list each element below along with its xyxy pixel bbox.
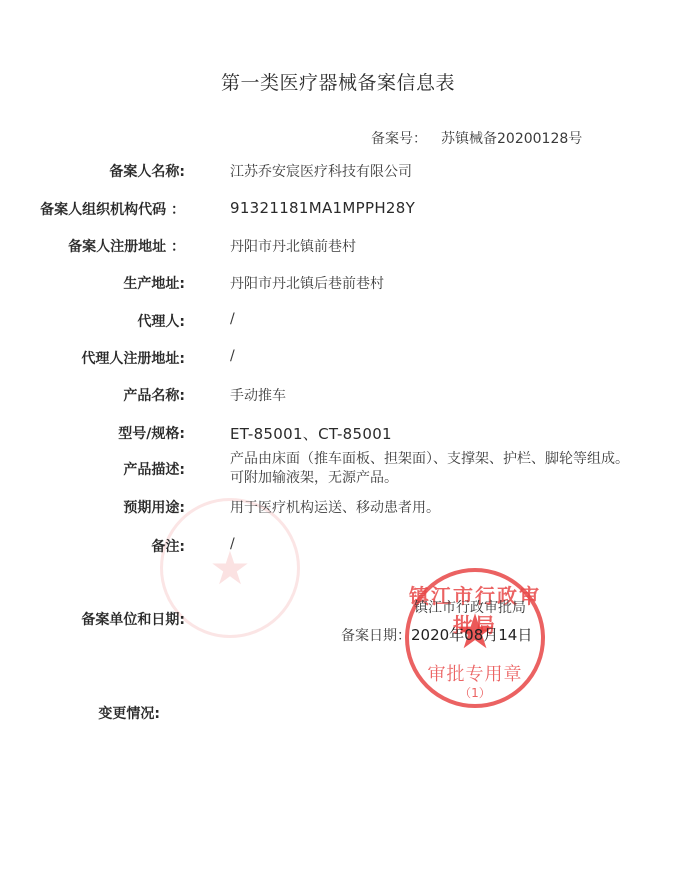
field-label: 型号/规格:: [118, 423, 185, 443]
filing-date-label: 备案日期：: [341, 628, 411, 644]
field-label: 生产地址:: [123, 273, 185, 293]
field-label: 预期用途:: [123, 497, 185, 517]
document-title: 第一类医疗器械备案信息表: [0, 68, 676, 95]
record-number: 备案号：苏镇械备20200128号: [371, 128, 582, 148]
field-agent: 代理人: /: [0, 311, 676, 335]
field-label: 变更情况:: [98, 703, 160, 723]
field-label: 代理人:: [137, 311, 185, 331]
field-label: 代理人注册地址:: [81, 348, 185, 368]
field-value: 产品由床面（推车面板、担架面）、支撑架、护栏、脚轮等组成。可附加输液架，无源产品…: [230, 450, 640, 488]
filing-date: 备案日期：2020年08月14日: [341, 624, 532, 645]
field-value: ET-85001、CT-85001: [230, 423, 392, 444]
field-label: 备案人注册地址 ：: [68, 236, 185, 256]
field-value: 丹阳市丹北镇前巷村: [230, 236, 356, 256]
field-label: 产品名称:: [123, 385, 185, 405]
field-value: /: [230, 311, 235, 327]
seal-bottom-text: 审批专用章: [409, 660, 541, 686]
field-production-address: 生产地址: 丹阳市丹北镇后巷前巷村: [0, 273, 676, 297]
field-label: 备案人名称:: [109, 161, 185, 181]
field-filing-unit-date: 备案单位和日期:: [0, 609, 676, 633]
field-label: 备注:: [151, 536, 185, 556]
field-org-code: 备案人组织机构代码 ： 91321181MA1MPPH28Y: [0, 199, 676, 223]
field-applicant-name: 备案人名称: 江苏乔安宸医疗科技有限公司: [0, 161, 676, 185]
field-product-description: 产品描述: 产品由床面（推车面板、担架面）、支撑架、护栏、脚轮等组成。可附加输液…: [0, 459, 676, 483]
field-product-name: 产品名称: 手动推车: [0, 385, 676, 409]
field-value: 丹阳市丹北镇后巷前巷村: [230, 273, 384, 293]
field-changes: 变更情况:: [0, 703, 676, 727]
field-label: 备案人组织机构代码 ：: [40, 199, 185, 219]
field-model-spec: 型号/规格: ET-85001、CT-85001: [0, 423, 676, 447]
field-value: 手动推车: [230, 385, 286, 405]
field-value: 91321181MA1MPPH28Y: [230, 199, 415, 217]
field-label: 备案单位和日期:: [81, 609, 185, 629]
field-registered-address: 备案人注册地址 ： 丹阳市丹北镇前巷村: [0, 236, 676, 260]
filing-date-value: 2020年08月14日: [411, 626, 532, 644]
field-value: 江苏乔安宸医疗科技有限公司: [230, 161, 412, 181]
field-value: 用于医疗机构运送、移动患者用。: [230, 497, 440, 517]
record-number-label: 备案号：: [371, 131, 427, 147]
field-agent-address: 代理人注册地址: /: [0, 348, 676, 372]
field-label: 产品描述:: [123, 459, 185, 479]
filing-authority: 镇江市行政审批局: [414, 597, 526, 617]
field-remarks: 备注: /: [0, 536, 676, 560]
seal-number: （1）: [409, 684, 541, 701]
record-number-value: 苏镇械备20200128号: [441, 131, 582, 147]
field-value: /: [230, 348, 235, 364]
field-value: /: [230, 536, 235, 552]
field-intended-use: 预期用途: 用于医疗机构运送、移动患者用。: [0, 497, 676, 521]
